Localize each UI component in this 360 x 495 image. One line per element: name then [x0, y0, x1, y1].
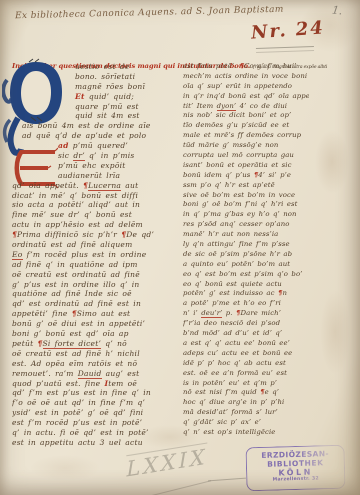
text-line: f’o oē oē aut qd’ in fine f’m q’: [12, 398, 180, 408]
text-line: male et mrē’s ff demōes corrup: [183, 131, 309, 141]
ex-libris-inscription: Ex bibliotheca Canonica Aquens. ad S. Jo…: [15, 5, 284, 22]
text-line: magnē rōes bonī: [12, 82, 180, 92]
text-line: b’nd mōd’ ad d’u’ et id’ q’: [183, 329, 309, 339]
text-run: n’ i’: [183, 309, 201, 317]
text-line: ad p’mū quered’: [12, 141, 180, 151]
text-line: bono. sōrīetati: [12, 72, 180, 82]
text-run: nō est nisi f’m quid: [183, 388, 260, 396]
text-run: Dauid: [78, 369, 102, 379]
text-run: sio acta a potēti’ aliqd’ aut in: [12, 200, 140, 209]
text-run: petūt: [12, 339, 37, 348]
text-run: idē p’ p’ hoc q’ ab actu est: [183, 359, 286, 367]
text-line: ¶Prima diffinicō sic p’h’r ¶De qd’: [12, 230, 180, 240]
text-run: dicat’ in mē’ q’ bonū est diffi: [12, 191, 138, 200]
manuscript-page: Ex bibliotheca Canonica Aquens. ad S. Jo…: [0, 0, 360, 495]
text-run: f’m rocēd plus est in ordine: [23, 250, 147, 259]
text-run: qd’ est ordinatū ad finē est in: [12, 299, 141, 308]
text-run: dr’: [73, 151, 85, 161]
text-line: a quinto eu’ potēn’ bo’m aut: [183, 260, 309, 270]
text-line: q’ in actu. fi oē qd’ est in potē’: [12, 428, 180, 438]
text-line: n’ i’ deu’r’ p. ¶Dare mich’: [183, 309, 309, 319]
text-run: quare p’mū est: [75, 102, 139, 111]
text-line: remouet’. ra’m Dauid aug’ est: [12, 369, 180, 379]
text-run: p’mū quered’: [69, 141, 128, 150]
text-line: est f’m rocēd p’us est in potē’: [12, 418, 180, 428]
text-line: in q’r inq’d bonū est qd’ oīa appe: [183, 92, 309, 102]
text-run: manē’ h’r aut non ness’ia: [183, 230, 278, 238]
text-run: q’ nō: [101, 339, 127, 348]
text-line: is in potēn’ eu’ et q’m p’: [183, 379, 309, 389]
text-run: sic: [58, 151, 73, 160]
text-column-left: uestio est debono. sōrīetatimagnē rōes b…: [12, 62, 180, 448]
text-run: bonū idem q’ p’us: [183, 171, 254, 179]
text-run: ysid’ est in potē’ g’ oē qd’ fini: [12, 408, 143, 417]
text-run: Prima diffinicō sic p’h’r: [17, 230, 121, 239]
text-run: quatiōne ad finē Inde sic oē: [12, 289, 132, 298]
text-run: quod p’uatū est. fine: [12, 379, 104, 388]
text-run: Eo: [12, 250, 23, 260]
text-line: Eo f’m rocēd plus est in ordine: [12, 250, 180, 260]
text-line: dicat’ in mē’ q’ bonū est diffi: [12, 191, 180, 201]
text-run: oīa q’ sup’ erūt in appetendo: [183, 82, 292, 90]
text-line: aīs bonū 4m est de ordine aīe: [12, 121, 180, 131]
text-run: ly q’n attingu’ fine f’m p’sse: [183, 240, 290, 248]
text-run: ad finē q’ in quatiōne ad ipm: [12, 260, 138, 269]
text-run: est. Ad opēa eīm ratōis et nō: [12, 359, 137, 368]
text-run: oē creatū est ordinatū ad finē: [12, 270, 140, 279]
text-line: potēn’ g’ est induisso ac ¶n: [183, 289, 309, 299]
text-run: appetēti’ fine: [12, 309, 72, 318]
text-run: isant’ bonū et operātia et sic: [183, 161, 292, 169]
text-run: q’ n’ est op’s intelligēcie: [183, 428, 276, 436]
text-line: nō est nisi f’m quid ¶e q’: [183, 388, 309, 398]
rubrication-mark: ¶: [37, 339, 42, 348]
text-run: hoc q’ diue arg’e in p’ p’hi: [183, 398, 284, 406]
text-run: magnē rōes bonī: [75, 82, 145, 91]
text-line: q’ n’ est op’s intelligēcie: [183, 428, 309, 438]
text-run: g’ p’us est in ordine illo q’ in: [12, 280, 139, 289]
rubrication-mark: Et: [75, 92, 85, 101]
text-run: dyon’: [217, 102, 237, 111]
text-line: ly q’n attingu’ fine f’m p’sse: [183, 240, 309, 250]
pencil-numeral: LXXIX: [126, 442, 208, 481]
text-run: is in potēn’ eu’ et q’m p’: [183, 379, 277, 387]
text-run: actu in app’hēsio est ad delēm: [12, 220, 143, 229]
text-line: f’r’ia deo nesciō dei p’sod: [183, 319, 309, 329]
text-run: boni g’ bonū est qd’ oīa ap: [12, 329, 129, 338]
text-run: bonū g’ oē diui est in appetēti’: [12, 319, 145, 328]
text-line: est finis potē’. ¶Co g’ f’m hui’: [183, 62, 309, 72]
text-run: potēn’ g’ est induisso ac: [183, 289, 278, 297]
text-line: idē p’ p’ hoc q’ ab actu est: [183, 359, 309, 369]
text-line: hoc q’ diue arg’e in p’ p’hi: [183, 398, 309, 408]
rubrication-mark: ad: [58, 141, 69, 150]
text-run: corrupta uel mō corrupta gau: [183, 151, 294, 159]
text-line: ssm p’o q’ h’r est ap’etē: [183, 181, 309, 191]
library-stamp: ERZDIÖZESAN- BIBLIOTHEK KÖLN Marzellenst…: [245, 445, 345, 492]
shelf-number: Nr. 24: [250, 17, 325, 43]
text-line: manē’ h’r aut non ness’ia: [183, 230, 309, 240]
text-line: oīa q’ sup’ erūt in appetendo: [183, 82, 309, 92]
text-line: adeps cu’ actu ee et bonū ee: [183, 349, 309, 359]
text-run: quid’ quid;: [85, 92, 134, 101]
text-run: res p’sōd anq’ cesser op’ano: [183, 220, 290, 228]
text-line: ad quē q’d de ap’ude et polo: [12, 131, 180, 141]
text-run: in q’r inq’d bonū est qd’ oīa appe: [183, 92, 309, 100]
text-line: uestio est de: [12, 62, 180, 72]
text-line: boni g’ oē bo’m f’ni q’ h’ri est: [183, 200, 309, 210]
text-line: actu in app’hēsio est ad delēm: [12, 220, 180, 230]
text-run: sive oē bo’m est bo’m in voce: [183, 191, 295, 199]
text-run: a potē’ p’me et h’o eo f’ri: [183, 299, 281, 307]
text-run: a quinto eu’ potēn’ bo’m aut: [183, 260, 290, 268]
text-line: q’ g’dāt’ sic p’ ax’ e’: [183, 418, 309, 428]
text-run: f’o oē oē aut qd’ in fine f’m q’: [12, 398, 145, 407]
paper-stain: [30, 455, 100, 481]
text-line: qd’ oīa appetūt. ¶Lucerna aut: [12, 181, 180, 191]
text-line: est in appetitu actu 3 uel actu: [12, 438, 180, 448]
text-run: est finis potē’.: [183, 62, 240, 70]
text-run: tīo demōes g’u p’sicūd ee et: [183, 121, 289, 129]
text-line: est. oē ee a’n formā eu’ est: [183, 369, 309, 379]
text-run: 4’ co de diui: [236, 102, 287, 110]
text-run: remouet’. ra’m: [12, 369, 78, 378]
text-run: mā desid’at’ formā s’ lur’: [183, 408, 278, 416]
text-run: n: [282, 289, 287, 297]
text-run: Simo aut est: [77, 309, 131, 318]
text-run: eo q’ est bo’m est p’sim q’o bo’: [183, 270, 303, 278]
text-run: eo q’ bonū est quiete actu: [183, 280, 282, 288]
text-run: b’nd mōd’ ad d’u’ et id’ q’: [183, 329, 282, 337]
text-line: a est q’ q’ actu ee’ bonū ee’: [183, 339, 309, 349]
text-line: quod p’uatū est. fine Item oē: [12, 379, 180, 389]
text-line: oē creatū est ad finē h’ nichil: [12, 349, 180, 359]
text-line: bonū idem q’ p’us ¶4’ si’ p’e: [183, 171, 309, 181]
text-line: qd’ f’m est p’us est in fine q’ in: [12, 388, 180, 398]
text-run: tūd mārie g’ mssōg’e non: [183, 141, 278, 149]
text-line: tūd mārie g’ mssōg’e non: [183, 141, 309, 151]
text-line: fine mē’ sue dr’ q’ bonū est: [12, 210, 180, 220]
text-run: tem oē: [108, 379, 137, 388]
text-line: oē creatū est ordinatū ad finē: [12, 270, 180, 280]
text-run: oē creatū est ad finē h’ nichil: [12, 349, 140, 358]
text-run: adeps cu’ actu ee et bonū ee: [183, 349, 292, 357]
text-run: p’mū ehc expōit: [58, 161, 126, 170]
text-line: ad finē q’ in quatiōne ad ipm: [12, 260, 180, 270]
text-run: ssm p’o q’ h’r est ap’etē: [183, 181, 275, 189]
text-line: isant’ bonū et operātia et sic: [183, 161, 309, 171]
text-run: tit’ Item: [183, 102, 217, 110]
text-line: in q’ p’ma g’bas ey h’o q’ non: [183, 210, 309, 220]
text-run: deu’r’: [201, 309, 222, 318]
text-line: tit’ Item dyon’ 4’ co de diui: [183, 102, 309, 112]
text-line: p’mū ehc expōit: [12, 161, 180, 171]
text-run: qd’ oīa appetūt.: [12, 181, 83, 190]
text-line: eo q’ est bo’m est p’sim q’o bo’: [183, 270, 309, 280]
text-run: aīs bonū 4m est de ordine aīe: [22, 121, 151, 130]
text-line: nis nob’ sic dicit boni’ et op’: [183, 111, 309, 121]
text-run: quid sit 4m est: [75, 111, 140, 120]
text-run: p.: [222, 309, 236, 317]
text-run: qd’ f’m est p’us est in fine q’ in: [12, 388, 151, 397]
text-line: eo q’ bonū est quiete actu: [183, 280, 309, 290]
text-run: Dare mich’: [240, 309, 281, 317]
text-line: ordinatū est ad finē aliquem: [12, 240, 180, 250]
text-run: q’ in p’mis: [85, 151, 135, 160]
paper-stain: [315, 130, 349, 194]
text-run: nis nob’ sic dicit boni’ et op’: [183, 111, 291, 119]
text-line: mā desid’at’ formā s’ lur’: [183, 408, 309, 418]
text-run: f’r’ia deo nesciō dei p’sod: [183, 319, 280, 327]
text-run: Si forte dicet’: [43, 339, 102, 349]
text-run: q’ in actu. fi oē qd’ est in potē’: [12, 428, 149, 437]
text-run: 4’ si’ p’e: [258, 171, 291, 179]
text-line: tīo demōes g’u p’sicūd ee et: [183, 121, 309, 131]
text-line: res p’sōd anq’ cesser op’ano: [183, 220, 309, 230]
pencil-mark: [208, 478, 246, 482]
text-line: g’ p’us est in ordine illo q’ in: [12, 280, 180, 290]
text-run: boni g’ oē bo’m f’ni q’ h’ri est: [183, 200, 298, 208]
text-run: ordinatū est ad finē aliquem: [12, 240, 132, 249]
text-line: boni g’ bonū est qd’ oīa ap: [12, 329, 180, 339]
text-line: audianerūt lrīa: [12, 171, 180, 181]
text-run: de sic oē p’sim p’sōne h’r ab: [183, 250, 292, 258]
text-line: sive oē bo’m est bo’m in voce: [183, 191, 309, 201]
text-line: corrupta uel mō corrupta gau: [183, 151, 309, 161]
text-run: est f’m rocēd p’us est in potē’: [12, 418, 142, 427]
text-run: in q’ p’ma g’bas ey h’o q’ non: [183, 210, 297, 218]
text-run: uestio est de: [75, 62, 130, 71]
text-run: mech’m actis ordine in voce boni: [183, 72, 307, 80]
text-line: petūt ¶Si forte dicet’ q’ nō: [12, 339, 180, 349]
text-run: q’ g’dāt’ sic p’ ax’ e’: [183, 418, 261, 426]
paper-stain: [320, 290, 350, 374]
text-run: male et mrē’s ff demōes corrup: [183, 131, 301, 139]
text-run: est. oē ee a’n formā eu’ est: [183, 369, 287, 377]
text-run: bono. sōrīetati: [75, 72, 135, 81]
text-line: quid sit 4m est: [12, 111, 180, 121]
text-line: appetēti’ fine ¶Simo aut est: [12, 309, 180, 319]
pencil-underline: [256, 46, 314, 53]
folio-number: 1.: [331, 3, 343, 17]
text-run: aug’ est: [102, 369, 140, 378]
text-run: De qd’: [126, 230, 154, 239]
pencil-mark: [149, 480, 211, 495]
text-line: sio acta a potēti’ aliqd’ aut in: [12, 200, 180, 210]
text-run: aut: [121, 181, 138, 190]
text-run: audianerūt lrīa: [58, 171, 120, 180]
text-line: a potē’ p’me et h’o eo f’ri: [183, 299, 309, 309]
text-run: Lucerna: [88, 181, 121, 191]
text-line: Et quid’ quid;: [12, 92, 180, 102]
text-line: bonū g’ oē diui est in appetēti’: [12, 319, 180, 329]
text-line: ysid’ est in potē’ g’ oē qd’ fini: [12, 408, 180, 418]
text-line: est. Ad opēa eīm ratōis et nō: [12, 359, 180, 369]
text-line: quare p’mū est: [12, 102, 180, 112]
text-run: a est q’ q’ actu ee’ bonū ee’: [183, 339, 290, 347]
text-line: quatiōne ad finē Inde sic oē: [12, 289, 180, 299]
text-column-right: est finis potē’. ¶Co g’ f’m hui’mech’m a…: [183, 62, 309, 438]
text-run: est in appetitu actu 3 uel actu: [12, 438, 143, 447]
text-run: e q’: [265, 388, 279, 396]
text-line: qd’ est ordinatū ad finē est in: [12, 299, 180, 309]
text-run: Co g’ f’m hui’: [244, 62, 296, 70]
text-line: sic dr’ q’ in p’mis: [12, 151, 180, 161]
text-line: mech’m actis ordine in voce boni: [183, 72, 309, 82]
text-run: ad quē q’d de ap’ude et polo: [22, 131, 146, 140]
text-line: de sic oē p’sim p’sōne h’r ab: [183, 250, 309, 260]
text-run: fine mē’ sue dr’ q’ bonū est: [12, 210, 132, 219]
